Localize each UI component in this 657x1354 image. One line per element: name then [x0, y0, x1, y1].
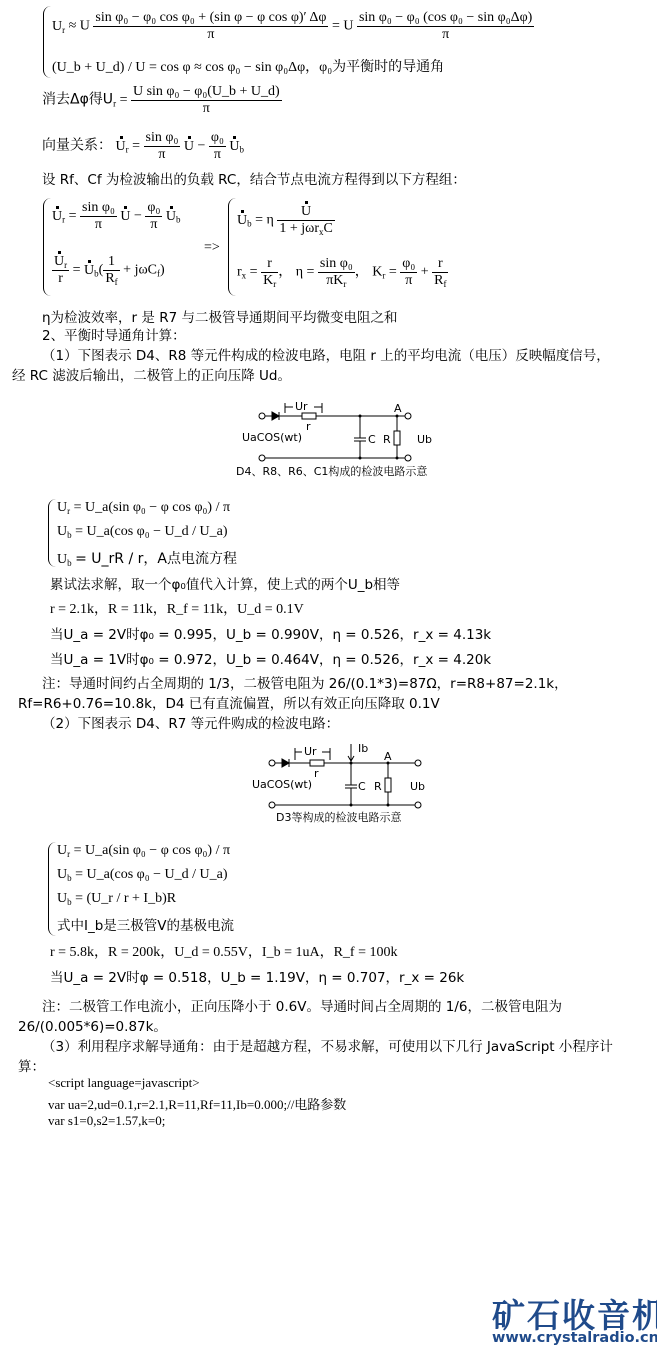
- equation-ub-vector: Ub = η U1 + jωrxC: [237, 204, 335, 237]
- equation-node-current: Urr = Ub(1Rf + jωCf): [52, 254, 165, 287]
- equation-ur-ua-2: Ur = U_a(sin φ₀ − φ cos φ₀) / π: [57, 843, 230, 859]
- params-circuit-1: r = 2.1k，R = 11k，R_f = 11k，U_d = 0.1V: [50, 598, 304, 618]
- left-brace: [228, 198, 237, 296]
- note-1-line2: Rf=R6+0.76=10.8k，D4 已有直流偏置，所以有效正向压降取 0.1…: [18, 692, 440, 712]
- note-1-line1: 注：导通时间约占全周期的 1/3，二极管电阻为 26/(0.1*3)=87Ω，r…: [42, 672, 568, 692]
- note-2-line2: 26/(0.005*6)=0.87k。: [18, 1015, 167, 1035]
- code-line-3: var s1=0,s2=1.57,k=0;: [48, 1113, 165, 1129]
- equation-cos-approx: (U_b + U_d) / U = cos φ ≈ cos φ₀ − sin φ…: [52, 56, 444, 76]
- result-ua-2v: 当U_a = 2V时φ₀ = 0.995，U_b = 0.990V，η = 0.…: [50, 623, 491, 643]
- section-heading-2: 2、平衡时导通角计算：: [42, 324, 186, 344]
- equation-rx-eta-kr: rx = rKr， η = sin φ₀πKr， Kr = φ₀π + rRf: [237, 256, 448, 289]
- equation-vector-relation: 向量关系： Ur = sin φ₀π U − φ₀π Ub: [42, 130, 244, 163]
- equation-eliminate: 消去Δφ得Ur = U sin φ₀ − φ₀(U_b + U_d)π: [42, 84, 282, 117]
- paragraph-program-line1: （3）利用程序求解导通角：由于是超越方程，不易求解，可使用以下几行 JavaSc…: [42, 1035, 613, 1055]
- diagram-1-caption: D4、R8、R6、C1构成的检波电路示意: [236, 463, 427, 479]
- note-2-line1: 注：二极管工作电流小，正向压降小于 0.6V。导通时间占全周期的 1/6，二极管…: [42, 995, 562, 1015]
- equation-ub-cos-2: Ub = U_a(cos φ₀ − U_d / U_a): [57, 867, 228, 883]
- equation-ub-cos: Ub = U_a(cos φ₀ − U_d / U_a): [57, 524, 228, 540]
- equation-ur-approx: Ur ≈ U sin φ₀ − φ₀ cos φ₀ + (sin φ − φ c…: [52, 10, 534, 43]
- left-brace: [43, 198, 52, 296]
- params-circuit-2: r = 5.8k，R = 200k，U_d = 0.55V，I_b = 1uA，…: [50, 941, 397, 961]
- left-brace: [48, 842, 57, 936]
- paragraph-circuit-1-line2: 经 RC 滤波后输出，二极管上的正向压降 Ud。: [12, 364, 291, 384]
- trial-method-text: 累试法求解，取一个φ₀值代入计算，使上式的两个U_b相等: [50, 573, 400, 593]
- equation-ub-current: Ub = U_rR / r，A点电流方程: [57, 548, 237, 568]
- paragraph-circuit-2: （2）下图表示 D4、R7 等元件购成的检波电路：: [42, 712, 339, 732]
- rc-load-text: 设 Rf、Cf 为检波输出的负载 RC，结合节点电流方程得到以下方程组：: [42, 168, 466, 188]
- equation-ur-vector: Ur = sin φ₀π U − φ₀π Ub: [52, 200, 180, 233]
- left-brace: [48, 499, 57, 567]
- paragraph-circuit-1-line1: （1）下图表示 D4、R8 等元件构成的检波电路，电阻 r 上的平均电流（电压）…: [42, 344, 610, 364]
- equation-ub-ib: Ub = (U_r / r + I_b)R: [57, 891, 176, 907]
- watermark-url: www.crystalradio.cn: [492, 1330, 657, 1346]
- code-line-1: <script language=javascript>: [48, 1075, 200, 1091]
- paragraph-program-line2: 算：: [18, 1055, 45, 1075]
- eta-note: η为检波效率，r 是 R7 与二极管导通期间平均微变电阻之和: [42, 306, 397, 326]
- result-circuit-2: 当U_a = 2V时φ = 0.518，U_b = 1.19V，η = 0.70…: [50, 966, 464, 986]
- implies-arrow: =>: [204, 240, 220, 256]
- result-ua-1v: 当U_a = 1V时φ₀ = 0.972，U_b = 0.464V，η = 0.…: [50, 648, 491, 668]
- equation-ur-ua: Ur = U_a(sin φ₀ − φ cos φ₀) / π: [57, 500, 230, 516]
- left-brace: [43, 6, 52, 78]
- base-current-note: 式中I_b是三极管V的基极电流: [57, 914, 234, 934]
- diagram-2-caption: D3等构成的检波电路示意: [276, 809, 401, 825]
- code-line-2: var ua=2,ud=0.1,r=2.1,R=11,Rf=11,Ib=0.00…: [48, 1094, 346, 1113]
